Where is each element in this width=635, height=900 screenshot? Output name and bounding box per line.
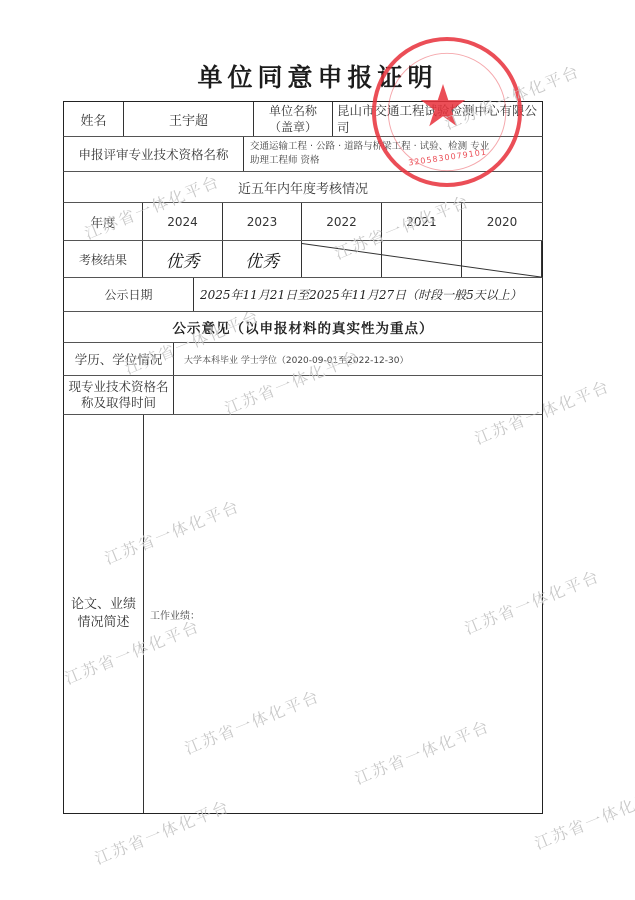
row-current-title: 现专业技术资格名 称及取得时间 xyxy=(63,376,543,415)
year-cell: 2022 xyxy=(302,203,382,240)
achievements-label: 论文、业绩 情况简述 xyxy=(64,415,144,813)
row-achievements: 论文、业绩 情况简述 工作业绩： xyxy=(63,415,543,814)
year-cell: 2024 xyxy=(143,203,223,240)
result-cell: 优秀 xyxy=(143,241,223,277)
opinion-heading: 公示意见（以申报材料的真实性为重点） xyxy=(64,312,542,342)
result-label: 考核结果 xyxy=(64,241,143,277)
qualification-value-line1: 交通运输工程 · 公路 · 道路与桥梁工程 · 试验、检测 专业 xyxy=(250,140,489,154)
document-title: 单位同意申报证明 xyxy=(0,58,635,94)
result-cell xyxy=(302,241,382,277)
current-title-label-line2: 称及取得时间 xyxy=(81,395,156,411)
row-qualification: 申报评审专业技术资格名称 交通运输工程 · 公路 · 道路与桥梁工程 · 试验、… xyxy=(63,137,543,172)
unit-label: 单位名称 （盖章） xyxy=(254,102,333,136)
achievements-label-line1: 论文、业绩 xyxy=(71,596,136,614)
publicity-period-label: 公示日期 xyxy=(64,278,194,311)
education-value: 大学本科毕业 学士学位（2020-09-01至2022-12-30） xyxy=(174,343,542,375)
row-applicant: 姓名 王宇超 单位名称 （盖章） 昆山市交通工程试验检测中心有限公司 xyxy=(63,101,543,137)
publicity-period-value: 2025年11月21日至2025年11月27日（时段一般5天以上） xyxy=(194,278,542,311)
result-cell: 优秀 xyxy=(223,241,302,277)
unit-value: 昆山市交通工程试验检测中心有限公司 xyxy=(333,102,542,136)
current-title-label: 现专业技术资格名 称及取得时间 xyxy=(64,376,174,414)
row-results: 考核结果 优秀 优秀 xyxy=(63,241,543,278)
row-opinion-heading: 公示意见（以申报材料的真实性为重点） xyxy=(63,312,543,343)
name-label: 姓名 xyxy=(64,102,124,136)
qualification-value: 交通运输工程 · 公路 · 道路与桥梁工程 · 试验、检测 专业 助理工程师 资… xyxy=(244,137,542,171)
unit-label-line2: （盖章） xyxy=(269,119,317,135)
year-cell: 2023 xyxy=(223,203,302,240)
unit-label-line1: 单位名称 xyxy=(269,103,317,119)
name-value: 王宇超 xyxy=(124,102,254,136)
achievements-value: 工作业绩： xyxy=(144,415,542,813)
qualification-label: 申报评审专业技术资格名称 xyxy=(64,137,244,171)
achievements-label-line2: 情况简述 xyxy=(77,614,129,632)
row-years: 年度 2024 2023 2022 2021 2020 xyxy=(63,203,543,241)
assessment-heading: 近五年内年度考核情况 xyxy=(64,172,542,202)
row-publicity-period: 公示日期 2025年11月21日至2025年11月27日（时段一般5天以上） xyxy=(63,278,543,312)
year-cell: 2021 xyxy=(382,203,462,240)
row-assessment-heading: 近五年内年度考核情况 xyxy=(63,172,543,203)
qualification-value-line2: 助理工程师 资格 xyxy=(250,154,320,168)
education-label: 学历、学位情况 xyxy=(64,343,174,375)
current-title-value xyxy=(174,376,542,414)
current-title-label-line1: 现专业技术资格名 xyxy=(68,379,168,395)
watermark: 江苏省一体化平台 xyxy=(531,779,635,854)
year-label: 年度 xyxy=(64,203,143,240)
row-education: 学历、学位情况 大学本科毕业 学士学位（2020-09-01至2022-12-3… xyxy=(63,343,543,376)
year-cell: 2020 xyxy=(462,203,542,240)
certificate-table: 姓名 王宇超 单位名称 （盖章） 昆山市交通工程试验检测中心有限公司 申报评审专… xyxy=(63,101,543,814)
